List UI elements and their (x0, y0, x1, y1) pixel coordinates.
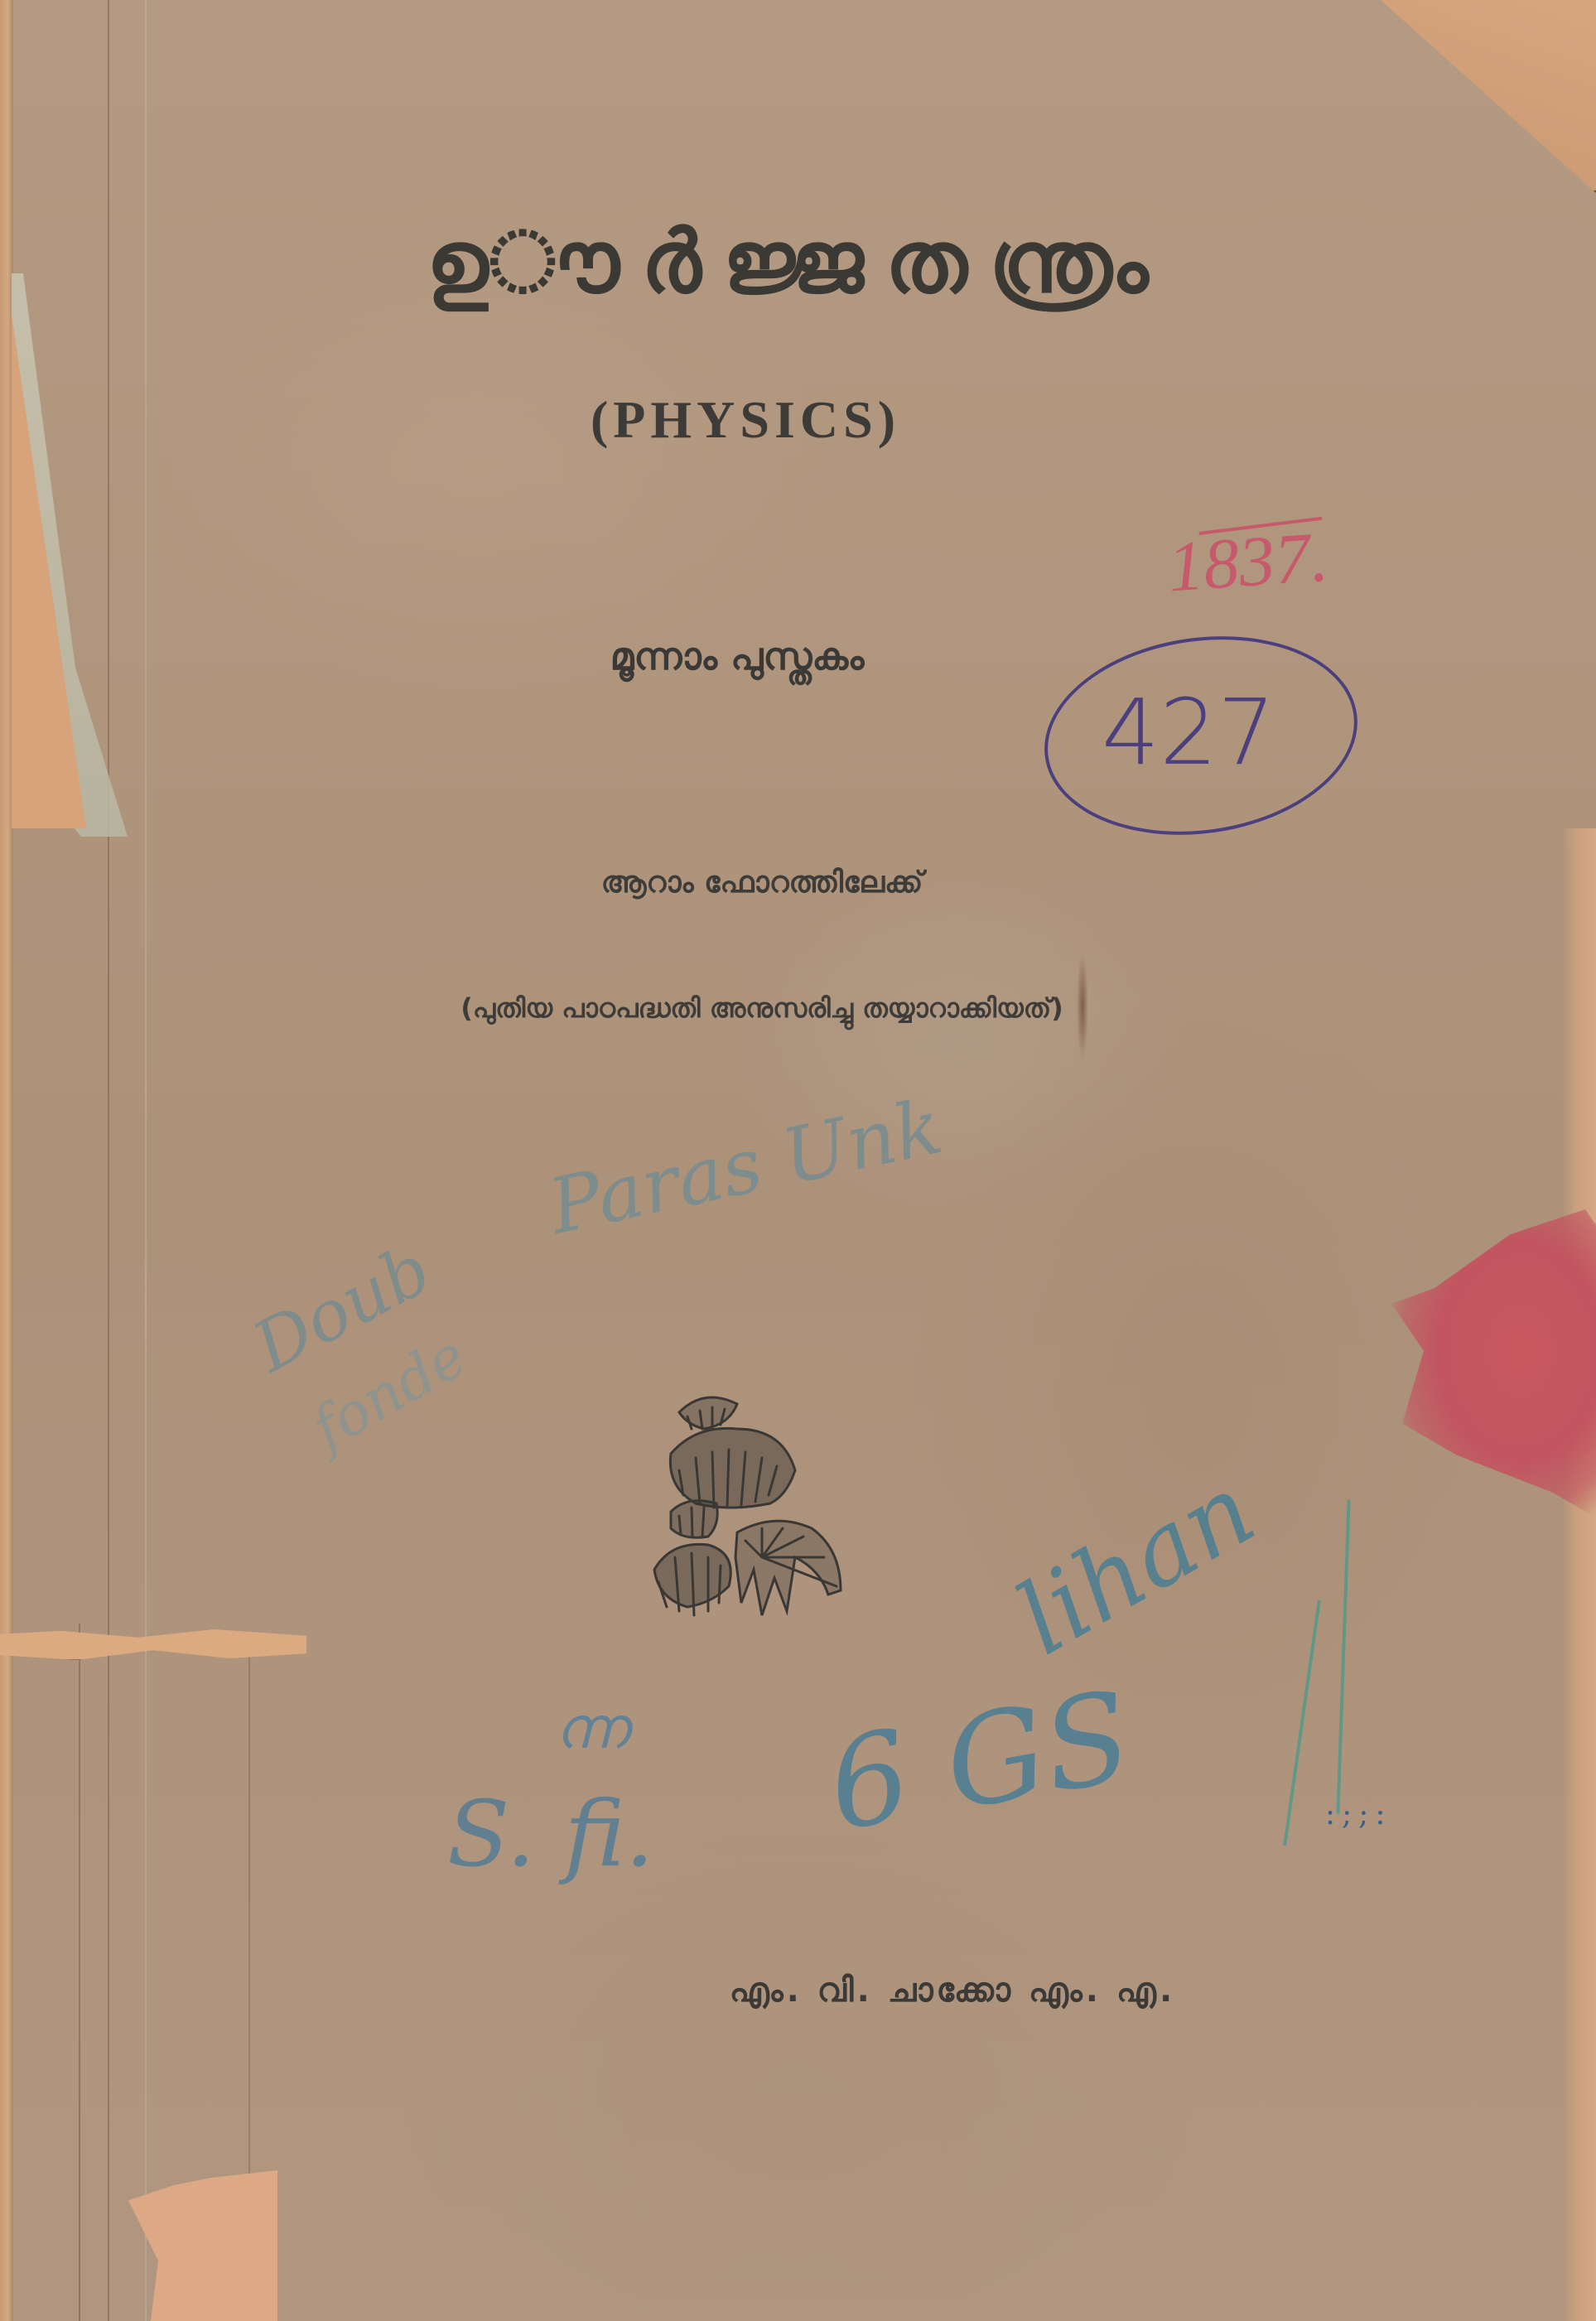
botanical-flower-ornament-icon (629, 1379, 845, 1619)
handwritten-initials: 6 GS (818, 1665, 1141, 1860)
handwritten-year: 1837. (1165, 514, 1331, 608)
torn-corner (1381, 0, 1596, 193)
volume-label: മൂന്നാം പുസ്തകം (480, 634, 994, 680)
author-name: എം. വി. ചാക്കോ എം. എ. (596, 1971, 1309, 2010)
grade-label: ആറാം ഫോറത്തിലേക്ക് (472, 866, 1052, 900)
red-ink-stain (1391, 1209, 1596, 1524)
fold-crease (145, 0, 147, 2321)
fold-crease (79, 1624, 80, 2321)
syllabus-note: (പുതിയ പാഠപദ്ധതി അനുസരിച്ചു തയ്യാറാക്കിയ… (265, 992, 1259, 1025)
worn-right-edge (1563, 828, 1596, 2321)
bottom-tear (128, 2170, 277, 2321)
handwritten-signature: lihan (999, 1453, 1274, 1678)
handwritten-malayalam-mark: ന്ന (555, 1694, 628, 1763)
fold-crease (108, 0, 109, 2321)
book-title: ഉൗർജ്ജതന്ത്രം (0, 211, 1596, 313)
handwritten-scrawl: Paras Unk (542, 1082, 949, 1252)
english-subtitle: (PHYSICS) (0, 389, 1491, 451)
handwritten-scrawl: S. fi. (447, 1781, 654, 1887)
horizontal-tear (0, 1628, 306, 1660)
green-ink-stroke (1336, 1499, 1350, 1814)
ink-dots: :;;: (1325, 1797, 1392, 1831)
circled-number: 427 (1102, 679, 1275, 785)
left-binding-strip (0, 0, 13, 2321)
book-cover: ഉൗർജ്ജതന്ത്രം (PHYSICS) മൂന്നാം പുസ്തകം … (0, 0, 1596, 2321)
green-ink-stroke (1283, 1600, 1321, 1846)
